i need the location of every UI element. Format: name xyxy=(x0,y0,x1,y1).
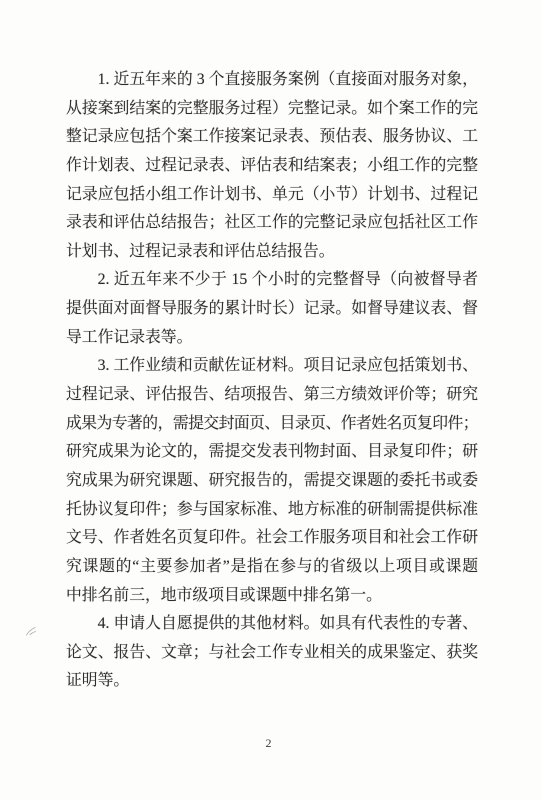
paragraph-3-line: 托协议复印件；参与国家标准、地方标准的研制需提供标准 xyxy=(66,496,478,525)
paragraph-4-line: 论文、报告、文章；与社会工作专业相关的成果鉴定、获奖 xyxy=(66,639,478,668)
paragraph-1-line: 作计划表、过程记录表、评估表和结案表；小组工作的完整 xyxy=(66,152,478,181)
paragraph-3-line: 3. 工作业绩和贡献佐证材料。项目记录应包括策划书、 xyxy=(66,352,478,381)
paragraph-1-line: 录表和评估总结报告；社区工作的完整记录应包括社区工作 xyxy=(66,209,478,238)
scan-artifact-mark xyxy=(25,626,37,637)
paragraph-2-line: 2. 近五年来不少于 15 个小时的完整督导（向被督导者 xyxy=(66,266,478,295)
paragraph-4-line: 证明等。 xyxy=(66,667,478,696)
paragraph-3-line: 过程记录、评估报告、结项报告、第三方绩效评价等；研究 xyxy=(66,381,478,410)
paragraph-1-line: 从接案到结案的完整服务过程）完整记录。如个案工作的完 xyxy=(66,95,478,124)
paragraph-2-line: 提供面对面督导服务的累计时长）记录。如督导建议表、督 xyxy=(66,295,478,324)
paragraph-1-line: 整记录应包括个案工作接案记录表、预估表、服务协议、工 xyxy=(66,123,478,152)
paragraph-1: 1. 近五年来的 3 个直接服务案例（直接面对服务对象， 从接案到结案的完整服务… xyxy=(66,66,478,266)
paragraph-3-line: 究成果为研究课题、研究报告的，需提交课题的委托书或委 xyxy=(66,467,478,496)
paragraph-1-line: 计划书、过程记录表和评估总结报告。 xyxy=(66,238,478,267)
document-text-block: 1. 近五年来的 3 个直接服务案例（直接面对服务对象， 从接案到结案的完整服务… xyxy=(66,66,478,696)
paragraph-4: 4. 申请人自愿提供的其他材料。如具有代表性的专著、 论文、报告、文章；与社会工… xyxy=(66,610,478,696)
paragraph-3-line: 成果为专著的，需提交封面页、目录页、作者姓名页复印件； xyxy=(66,410,478,439)
paragraph-3-line: 研究成果为论文的，需提交发表刊物封面、目录复印件；研 xyxy=(66,438,478,467)
paragraph-3-line: 究课题的“主要参加者”是指在参与的省级以上项目或课题 xyxy=(66,553,478,582)
paragraph-2-line: 导工作记录表等。 xyxy=(66,324,478,353)
paragraph-3-line: 中排名前三，地市级项目或课题中排名第一。 xyxy=(66,582,478,611)
paragraph-1-line: 1. 近五年来的 3 个直接服务案例（直接面对服务对象， xyxy=(66,66,478,95)
paragraph-2: 2. 近五年来不少于 15 个小时的完整督导（向被督导者 提供面对面督导服务的累… xyxy=(66,266,478,352)
paragraph-3: 3. 工作业绩和贡献佐证材料。项目记录应包括策划书、 过程记录、评估报告、结项报… xyxy=(66,352,478,610)
paragraph-1-line: 记录应包括小组工作计划书、单元（小节）计划书、过程记 xyxy=(66,181,478,210)
paragraph-3-line: 文号、作者姓名页复印件。社会工作服务项目和社会工作研 xyxy=(66,524,478,553)
document-page: 1. 近五年来的 3 个直接服务案例（直接面对服务对象， 从接案到结案的完整服务… xyxy=(0,0,541,800)
paragraph-4-line: 4. 申请人自愿提供的其他材料。如具有代表性的专著、 xyxy=(66,610,478,639)
page-number: 2 xyxy=(0,736,537,751)
